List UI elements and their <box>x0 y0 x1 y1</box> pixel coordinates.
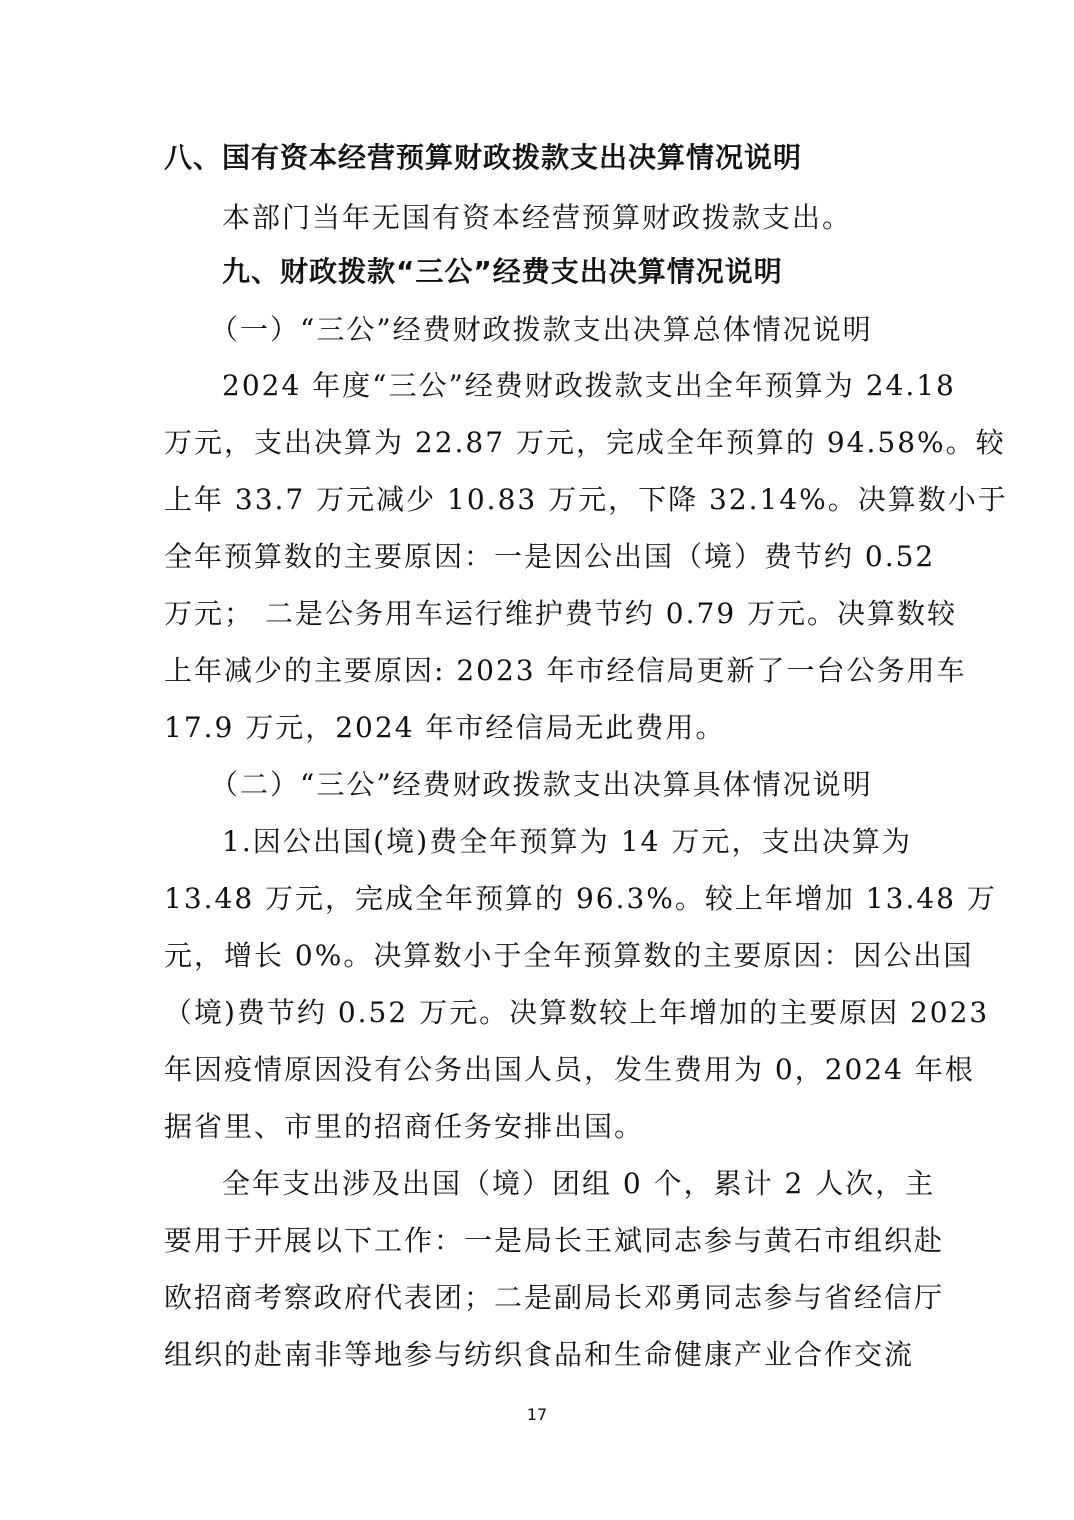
paragraph-line: 元，增长 0%。决算数小于全年预算数的主要原因：因公出国 <box>164 936 912 976</box>
paragraph-line: 17.9 万元，2024 年市经信局无此费用。 <box>164 708 912 748</box>
paragraph-line: 据省里、市里的招商任务安排出国。 <box>164 1107 912 1147</box>
paragraph-line: 13.48 万元，完成全年预算的 96.3%。较上年增加 13.48 万 <box>164 879 912 919</box>
paragraph-line: （境)费节约 0.52 万元。决算数较上年增加的主要原因 2023 <box>164 993 912 1033</box>
paragraph-line: 2024 年度“三公”经费财政拨款支出全年预算为 24.18 <box>222 366 912 406</box>
page-number: 17 <box>0 1405 1074 1425</box>
paragraph-line: 要用于开展以下工作：一是局长王斌同志参与黄石市组织赴 <box>164 1221 912 1261</box>
paragraph-line: 欧招商考察政府代表团；二是副局长邓勇同志参与省经信厅 <box>164 1278 912 1318</box>
paragraph-line: 万元，支出决算为 22.87 万元，完成全年预算的 94.58%。较 <box>164 423 912 463</box>
subsection-2-heading: （二）“三公”经费财政拨款支出决算具体情况说明 <box>210 765 912 805</box>
paragraph-line: 全年支出涉及出国（境）团组 0 个，累计 2 人次，主 <box>222 1164 912 1204</box>
paragraph-line: 年因疫情原因没有公务出国人员，发生费用为 0，2024 年根 <box>164 1050 912 1090</box>
paragraph-line: 全年预算数的主要原因：一是因公出国（境）费节约 0.52 <box>164 537 912 577</box>
section-9-heading: 九、财政拨款“三公”经费支出决算情况说明 <box>222 252 970 292</box>
document-page: 八、国有资本经营预算财政拨款支出决算情况说明 本部门当年无国有资本经营预算财政拨… <box>0 0 1074 1520</box>
section-8-body: 本部门当年无国有资本经营预算财政拨款支出。 <box>222 198 912 238</box>
paragraph-line: 1.因公出国(境)费全年预算为 14 万元，支出决算为 <box>222 822 912 862</box>
section-8-heading: 八、国有资本经营预算财政拨款支出决算情况说明 <box>164 138 912 178</box>
paragraph-line: 上年减少的主要原因: 2023 年市经信局更新了一台公务用车 <box>164 651 912 691</box>
paragraph-line: 上年 33.7 万元减少 10.83 万元，下降 32.14%。决算数小于 <box>164 480 912 520</box>
paragraph-line: 万元； 二是公务用车运行维护费节约 0.79 万元。决算数较 <box>164 594 912 634</box>
paragraph-line: 组织的赴南非等地参与纺织食品和生命健康产业合作交流 <box>164 1335 912 1375</box>
subsection-1-heading: （一）“三公”经费财政拨款支出决算总体情况说明 <box>210 310 912 350</box>
